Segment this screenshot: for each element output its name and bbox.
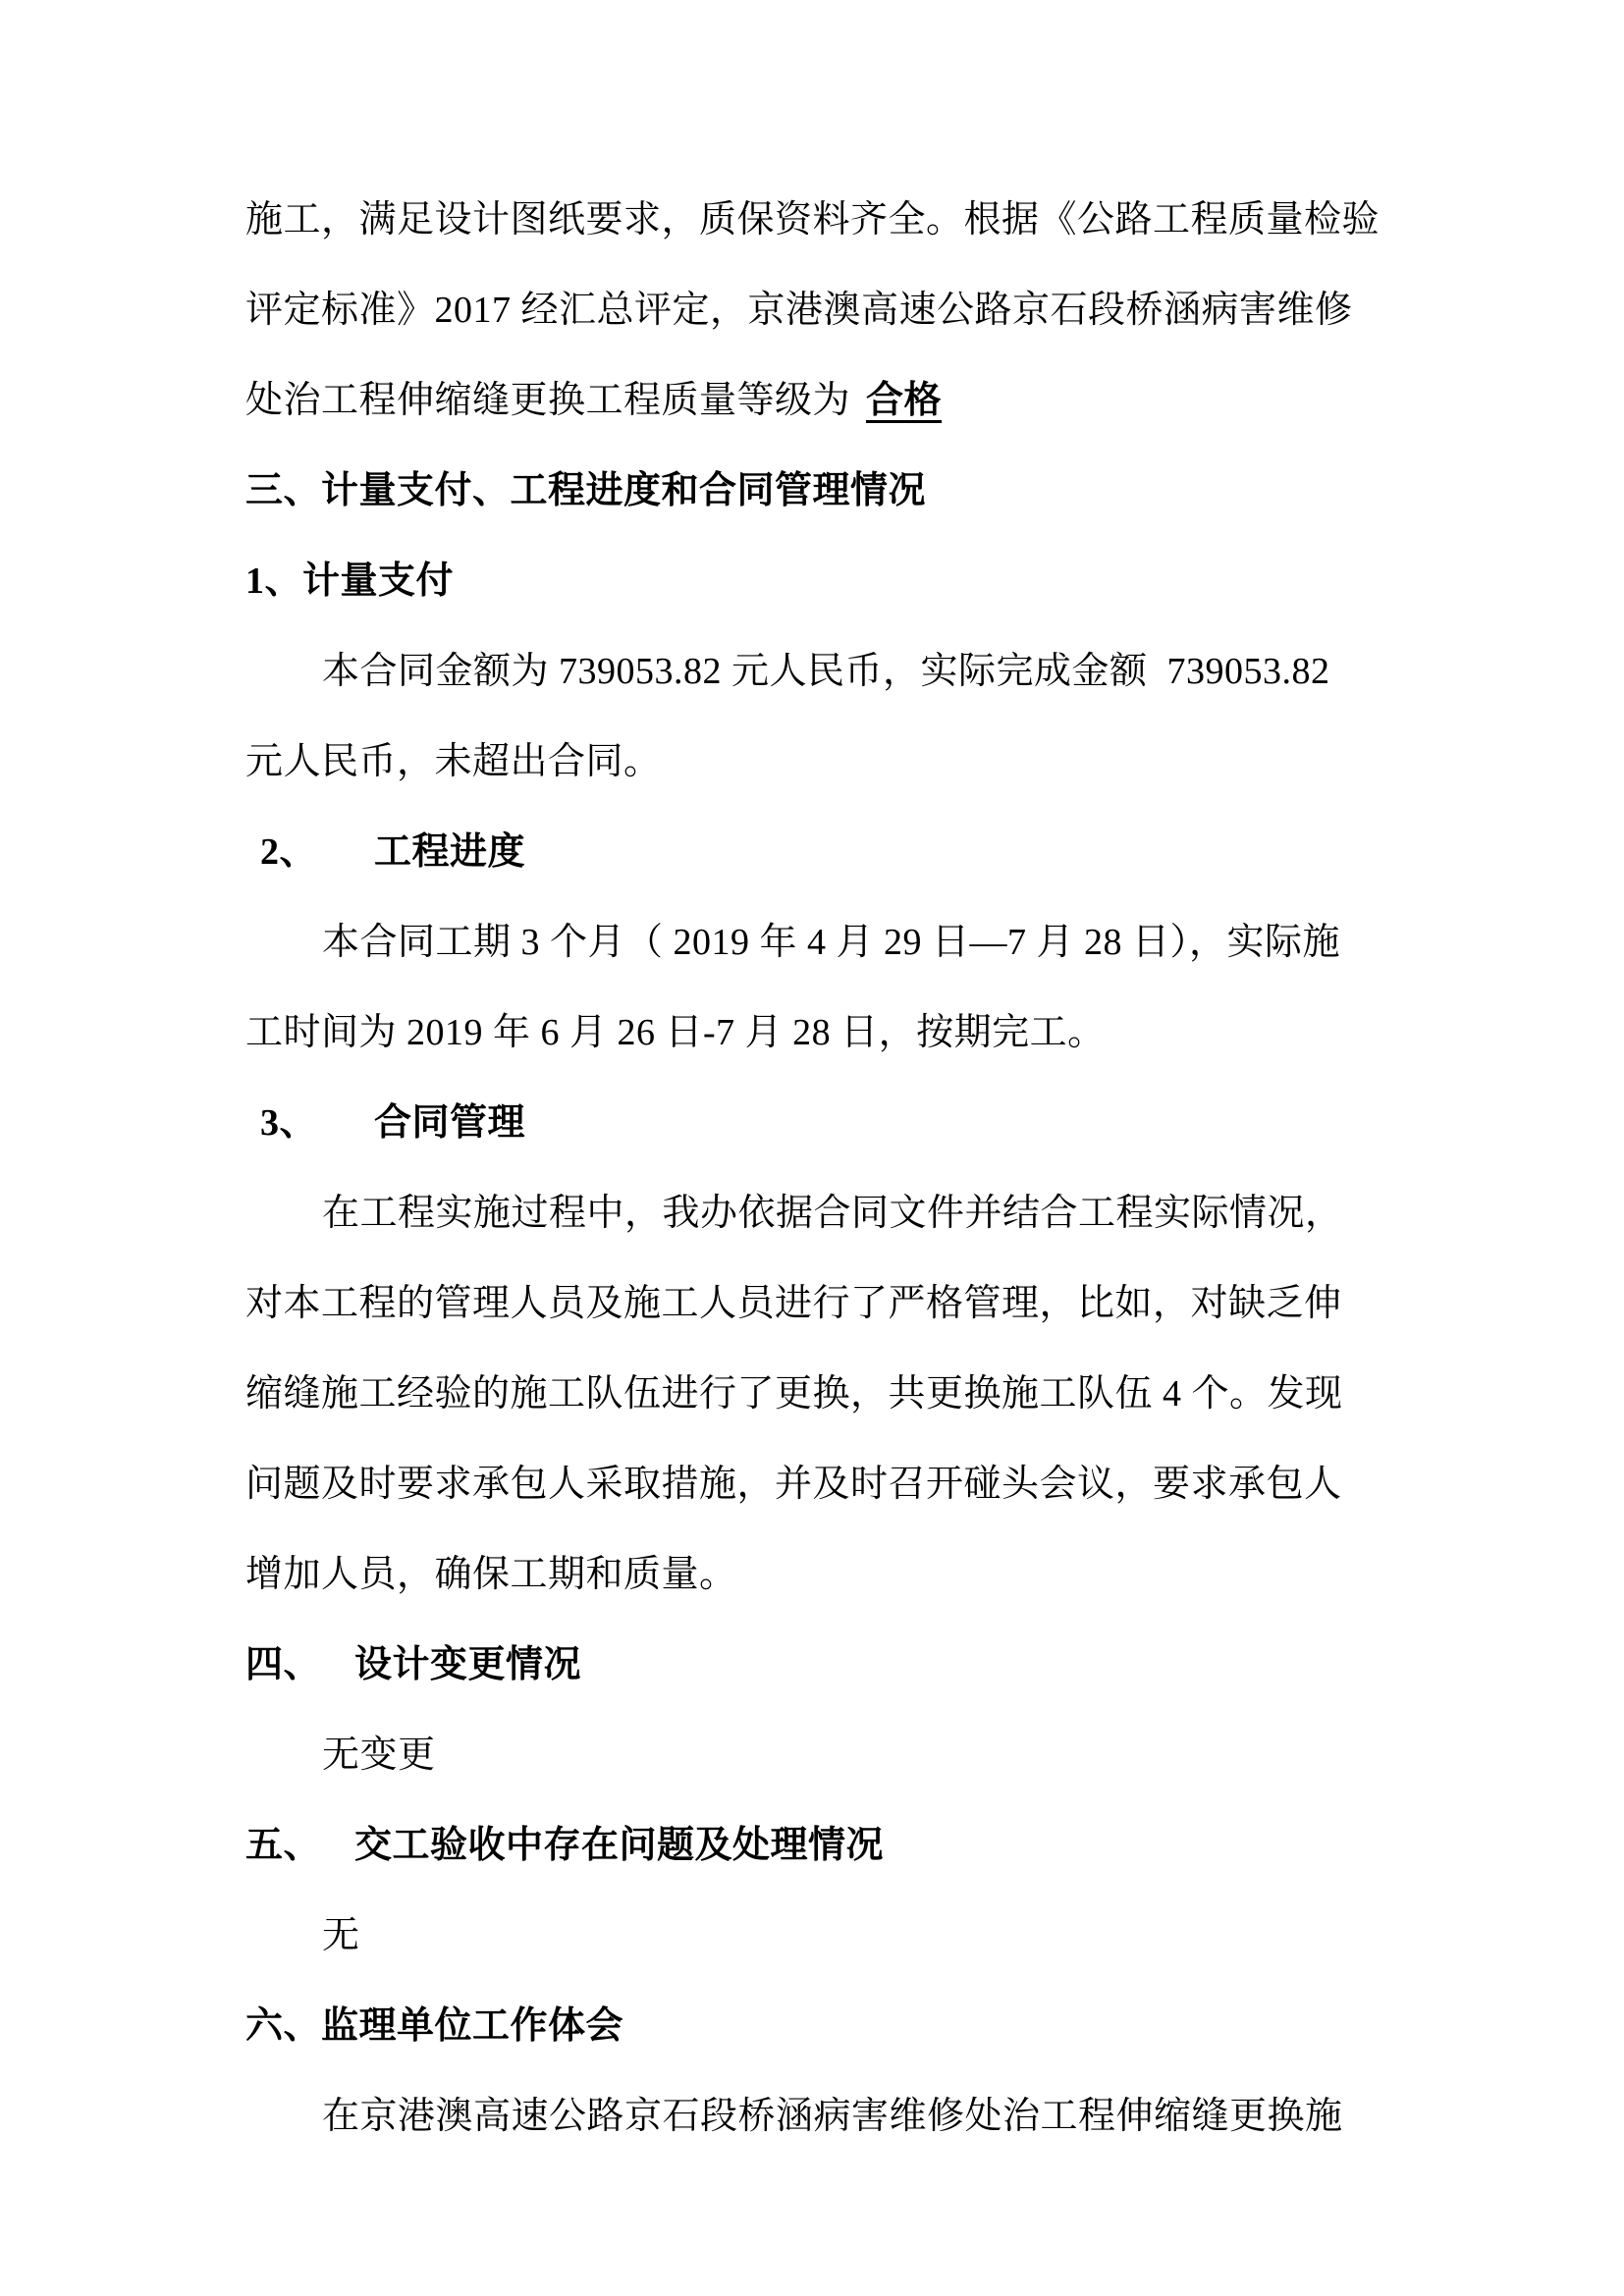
para-contract-line2: 对本工程的管理人员及施工人员进行了严格管理，比如，对缺乏伸 bbox=[245, 1258, 1382, 1349]
section-5-title: 交工验收中存在问题及处理情况 bbox=[354, 1825, 884, 1866]
para-quality-line3-text: 处治工程伸缩缝更换工程质量等级为 bbox=[245, 380, 850, 421]
para-contract-line5: 增加人员，确保工期和质量。 bbox=[245, 1529, 1382, 1620]
para-design-change: 无变更 bbox=[245, 1710, 1382, 1800]
section-5-number: 五、 bbox=[245, 1825, 321, 1866]
section-heading-3: 三、计量支付、工程进度和合同管理情况 bbox=[245, 446, 1382, 536]
para-quality-line3: 处治工程伸缩缝更换工程质量等级为合格 bbox=[245, 355, 1382, 446]
para-contract-line4: 问题及时要求承包人采取措施，并及时召开碰头会议，要求承包人 bbox=[245, 1439, 1382, 1529]
section-heading-4: 四、设计变更情况 bbox=[245, 1620, 1382, 1710]
para-contract-line1: 在工程实施过程中，我办依据合同文件并结合工程实际情况， bbox=[245, 1168, 1382, 1258]
para-contract-line3: 缩缝施工经验的施工队伍进行了更换，共更换施工队伍 4 个。发现 bbox=[245, 1349, 1382, 1439]
section-heading-6: 六、监理单位工作体会 bbox=[245, 1981, 1382, 2071]
subsection-3-3-number: 3、 bbox=[260, 1102, 317, 1144]
subsection-3-3-title: 合同管理 bbox=[374, 1102, 525, 1144]
para-payment-line2: 元人民币，未超出合同。 bbox=[245, 717, 1382, 807]
para-progress-line1: 本合同工期 3 个月（ 2019 年 4 月 29 日—7 月 28 日），实际… bbox=[245, 897, 1382, 988]
para-experience-line1: 在京港澳高速公路京石段桥涵病害维修处治工程伸缩缝更换施 bbox=[245, 2071, 1382, 2162]
subsection-heading-3-1: 1、计量支付 bbox=[245, 536, 1382, 626]
para-progress-line2: 工时间为 2019 年 6 月 26 日-7 月 28 日，按期完工。 bbox=[245, 988, 1382, 1078]
section-4-number: 四、 bbox=[245, 1644, 321, 1685]
subsection-heading-3-3: 3、合同管理 bbox=[245, 1078, 1382, 1168]
subsection-3-2-title: 工程进度 bbox=[374, 831, 525, 873]
para-quality-line2: 评定标准》2017 经汇总评定，京港澳高速公路京石段桥涵病害维修 bbox=[245, 265, 1382, 355]
document-page: 施工，满足设计图纸要求，质保资料齐全。根据《公路工程质量检验 评定标准》2017… bbox=[0, 0, 1624, 2296]
section-heading-5: 五、交工验收中存在问题及处理情况 bbox=[245, 1800, 1382, 1891]
subsection-3-2-number: 2、 bbox=[260, 831, 317, 873]
section-4-title: 设计变更情况 bbox=[354, 1644, 581, 1685]
para-quality-line1: 施工，满足设计图纸要求，质保资料齐全。根据《公路工程质量检验 bbox=[245, 175, 1382, 265]
para-payment-line1: 本合同金额为 739053.82 元人民币，实际完成金额 739053.82 bbox=[245, 626, 1382, 717]
para-acceptance-issues: 无 bbox=[245, 1891, 1382, 1981]
subsection-heading-3-2: 2、工程进度 bbox=[245, 807, 1382, 897]
quality-grade-value: 合格 bbox=[866, 380, 942, 421]
